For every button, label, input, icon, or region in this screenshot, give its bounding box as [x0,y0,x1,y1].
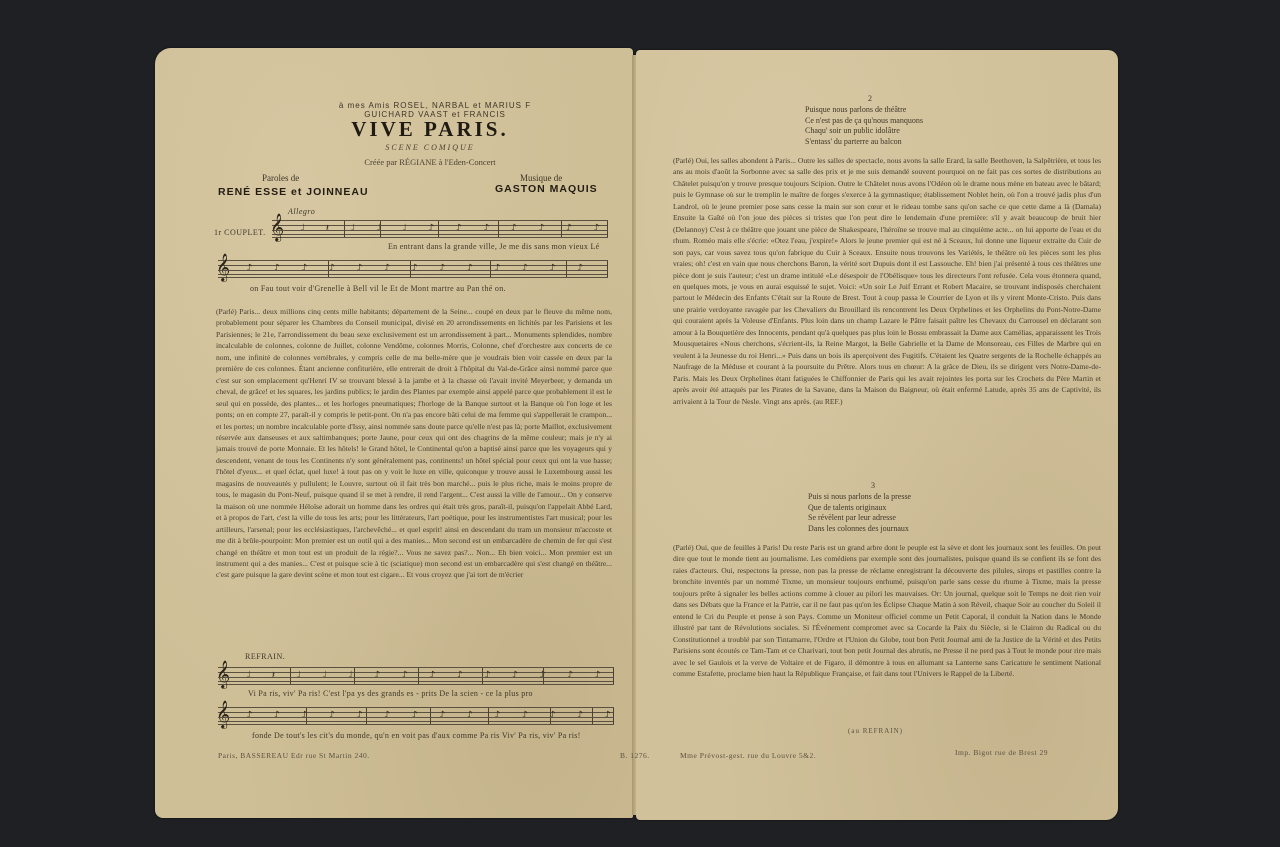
staff-1-notes: ♩ 𝄽 ♩ ♩ ♩ ♪ ♪ ♪ ♪ ♪ ♪ ♪ ♪ ♪ ♪ ♪ ♪ ♪ ♪ [300,222,604,236]
verse-3-number: 3 [863,481,883,490]
couplet-label: 1r COUPLET. [214,228,266,237]
verse-2-line: Chaqu' soir un public idolâtre [805,126,923,137]
staff-2-notes: ♪ ♪ ♪ ♪ ♪ ♪ ♪ ♪ ♪ ♪ ♪ ♪ ♪ ♪ ♪ ♪ ♪ ♪ ♩ [246,262,604,276]
verse-3: Puis si nous parlons de la presse Que de… [808,492,911,534]
tempo-marking: Allegro [288,207,315,216]
center-fold [632,55,636,815]
lyricist-names: RENÉ ESSE et JOINNEAU [218,186,369,198]
publisher-address: Mme Prévost-gest. rue du Louvre 5&2. [680,751,816,760]
lyricist-label: Paroles de [262,173,299,183]
staff-1-lyrics: En entrant dans la grande ville, Je me d… [388,242,600,251]
verse-2: Puisque nous parlons de théâtre Ce n'est… [805,105,923,147]
staff-2-lyrics: on Fau tout voir d'Grenelle à Bell vil l… [250,284,506,293]
verse-2-line: Puisque nous parlons de théâtre [805,105,923,116]
treble-clef-icon: 𝄞 [270,213,284,241]
refrain-staff-2: 𝄞 ♪ ♪ ♪ ♪ ♪ ♪ ♪ ♪ ♪ ♪ ♪ ♪ ♪ ♪ ♪ ♪ ♪ ♪ ♩ [218,707,614,725]
treble-clef-icon: 𝄞 [216,700,230,728]
verse-2-line: S'entass' du parterre au balcon [805,137,923,148]
song-title: VIVE PARIS. [300,117,560,142]
printer-credit: Imp. Bigot rue de Brest 29 [955,748,1048,757]
publisher-footer: Paris, BASSEREAU Edr rue St Martin 240. [218,751,370,760]
treble-clef-icon: 𝄞 [216,660,230,688]
spoken-text-verse-3: (Parlé) Oui, que de feuilles à Paris! Du… [673,542,1101,722]
composer-name: GASTON MAQUIS [495,183,598,195]
verse-3-line: Dans les colonnes des journaux [808,524,911,535]
verse-2-line: Ce n'est pas de ça qu'nous manquons [805,116,923,127]
refrain-staff-1: 𝄞 ♩ 𝄽 ♩ ♩ ♩ ♪ ♪ ♪ ♪ ♪ ♪ ♪ ♪ ♪ ♪ ♪ ♪ ♪ ♪ [218,667,614,685]
music-staff-2: 𝄞 ♪ ♪ ♪ ♪ ♪ ♪ ♪ ♪ ♪ ♪ ♪ ♪ ♪ ♪ ♪ ♪ ♪ ♪ ♩ [218,260,608,278]
composer-label: Musique de [520,173,562,183]
verse-2-number: 2 [860,94,880,103]
song-subtitle: SCENE COMIQUE [330,143,530,152]
music-staff-1: 𝄞 ♩ 𝄽 ♩ ♩ ♩ ♪ ♪ ♪ ♪ ♪ ♪ ♪ ♪ ♪ ♪ ♪ ♪ ♪ ♪ [272,220,608,238]
refrain-staff-2-notes: ♪ ♪ ♪ ♪ ♪ ♪ ♪ ♪ ♪ ♪ ♪ ♪ ♪ ♪ ♪ ♪ ♪ ♪ ♩ [246,709,610,723]
dedication-line-1: à mes Amis ROSEL, NARBAL et MARIUS F [310,101,560,110]
catalog-number: B. 1276. [620,751,650,760]
verse-3-line: Que de talents originaux [808,503,911,514]
verse-3-line: Puis si nous parlons de la presse [808,492,911,503]
refrain-staff-1-lyrics: Vi Pa ris, viv' Pa ris! C'est l'pa ys de… [248,689,533,698]
spoken-text-verse-2: (Parlé) Oui, les salles abondent à Paris… [673,155,1101,477]
refrain-cue: (au REFRAIN) [848,727,903,735]
spoken-text-verse-1: (Parlé) Paris... deux millions cinq cent… [216,306,612,646]
refrain-label: REFRAIN. [245,652,285,661]
document-spread: à mes Amis ROSEL, NARBAL et MARIUS F GUI… [0,0,1280,847]
verse-3-line: Se révèlent par leur adresse [808,513,911,524]
refrain-staff-1-notes: ♩ 𝄽 ♩ ♩ ♩ ♪ ♪ ♪ ♪ ♪ ♪ ♪ ♪ ♪ ♪ ♪ ♪ ♪ ♪ [246,669,610,683]
creator-credit: Créée par RÉGIANE à l'Eden-Concert [300,157,560,167]
treble-clef-icon: 𝄞 [216,253,230,281]
refrain-staff-2-lyrics: fonde De tout's les cit's du monde, qu'n… [252,731,581,740]
